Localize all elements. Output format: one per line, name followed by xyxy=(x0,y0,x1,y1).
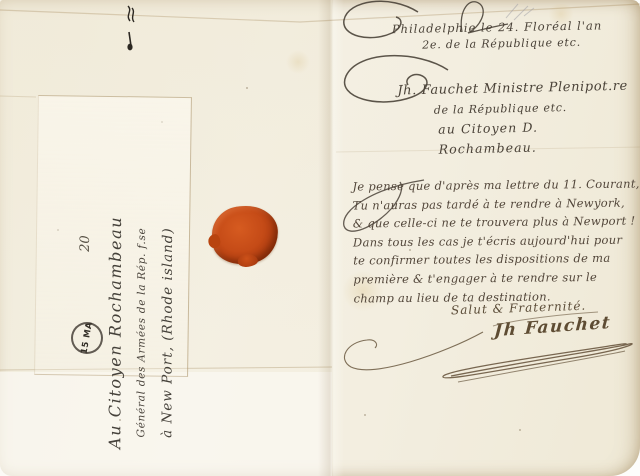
address-line: à New Port, (Rhode island) xyxy=(154,200,182,466)
paper-stain xyxy=(286,50,310,74)
dateline: Philadelphie le 24. Floréal l'an 2e. de … xyxy=(392,17,633,53)
center-fold-crease xyxy=(318,0,344,476)
address-line: Au Citoyen Rochambeau xyxy=(101,199,129,465)
sender-recipient-block: Jh. Fauchet Ministre Plenipot.re de la R… xyxy=(397,75,640,160)
circular-postmark: 15 MA xyxy=(71,322,103,354)
address-line: Général des Armées de la Rép. f.se xyxy=(128,199,155,465)
scanned-letter-photo: 20 Au Citoyen Rochambeau Général des Arm… xyxy=(0,0,640,476)
recipient-line: au Citoyen D. Rochambeau. xyxy=(438,115,640,159)
body-line: Je pense que d'après ma lettre du 11. Co… xyxy=(352,174,640,196)
postmark-text: 15 MA xyxy=(79,321,94,355)
wax-notch xyxy=(208,234,221,249)
folded-address-panel: 20 Au Citoyen Rochambeau Général des Arm… xyxy=(34,95,192,377)
letter-body: Je pense que d'après ma lettre du 11. Co… xyxy=(352,174,640,307)
body-line: première & t'engager à te rendre sur le xyxy=(353,267,640,289)
